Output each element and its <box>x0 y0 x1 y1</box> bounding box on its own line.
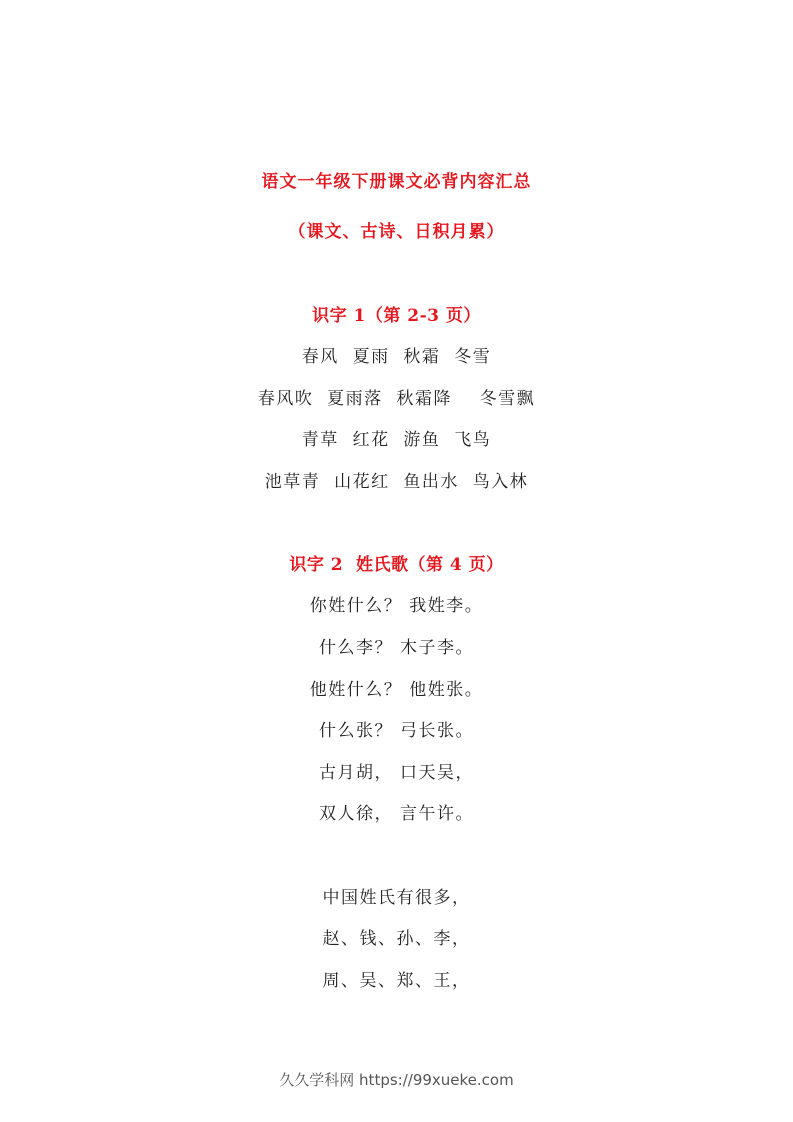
text-line: 什么张？ 弓长张。 <box>0 719 793 743</box>
document-subtitle: （课文、古诗、日积月累） <box>0 220 793 244</box>
text-line: 青草 红花 游鱼 飞鸟 <box>0 428 793 452</box>
text-line: 春风吹 夏雨落 秋霜降 冬雪飘 <box>0 387 793 411</box>
text-line: 春风 夏雨 秋霜 冬雪 <box>0 345 793 369</box>
text-line: 什么李？ 木子李。 <box>0 636 793 660</box>
text-line: 古月胡， 口天吴， <box>0 761 793 785</box>
text-line: 他姓什么？ 他姓张。 <box>0 678 793 702</box>
footer-watermark: 久久学科网 https://99xueke.com <box>0 1068 793 1092</box>
text-line: 赵、钱、孙、李， <box>0 927 793 951</box>
section-heading: 识字 1（第 2-3 页） <box>0 304 793 328</box>
document-page: 语文一年级下册课文必背内容汇总 （课文、古诗、日积月累） 识字 1（第 2-3 … <box>0 0 793 1122</box>
document-title: 语文一年级下册课文必背内容汇总 <box>0 170 793 194</box>
text-line: 双人徐， 言午许。 <box>0 802 793 826</box>
text-line: 池草青 山花红 鱼出水 鸟入林 <box>0 470 793 494</box>
text-line: 中国姓氏有很多， <box>0 886 793 910</box>
text-line: 周、吴、郑、王， <box>0 969 793 993</box>
text-line: 你姓什么？ 我姓李。 <box>0 594 793 618</box>
section-heading: 识字 2 姓氏歌（第 4 页） <box>0 553 793 577</box>
